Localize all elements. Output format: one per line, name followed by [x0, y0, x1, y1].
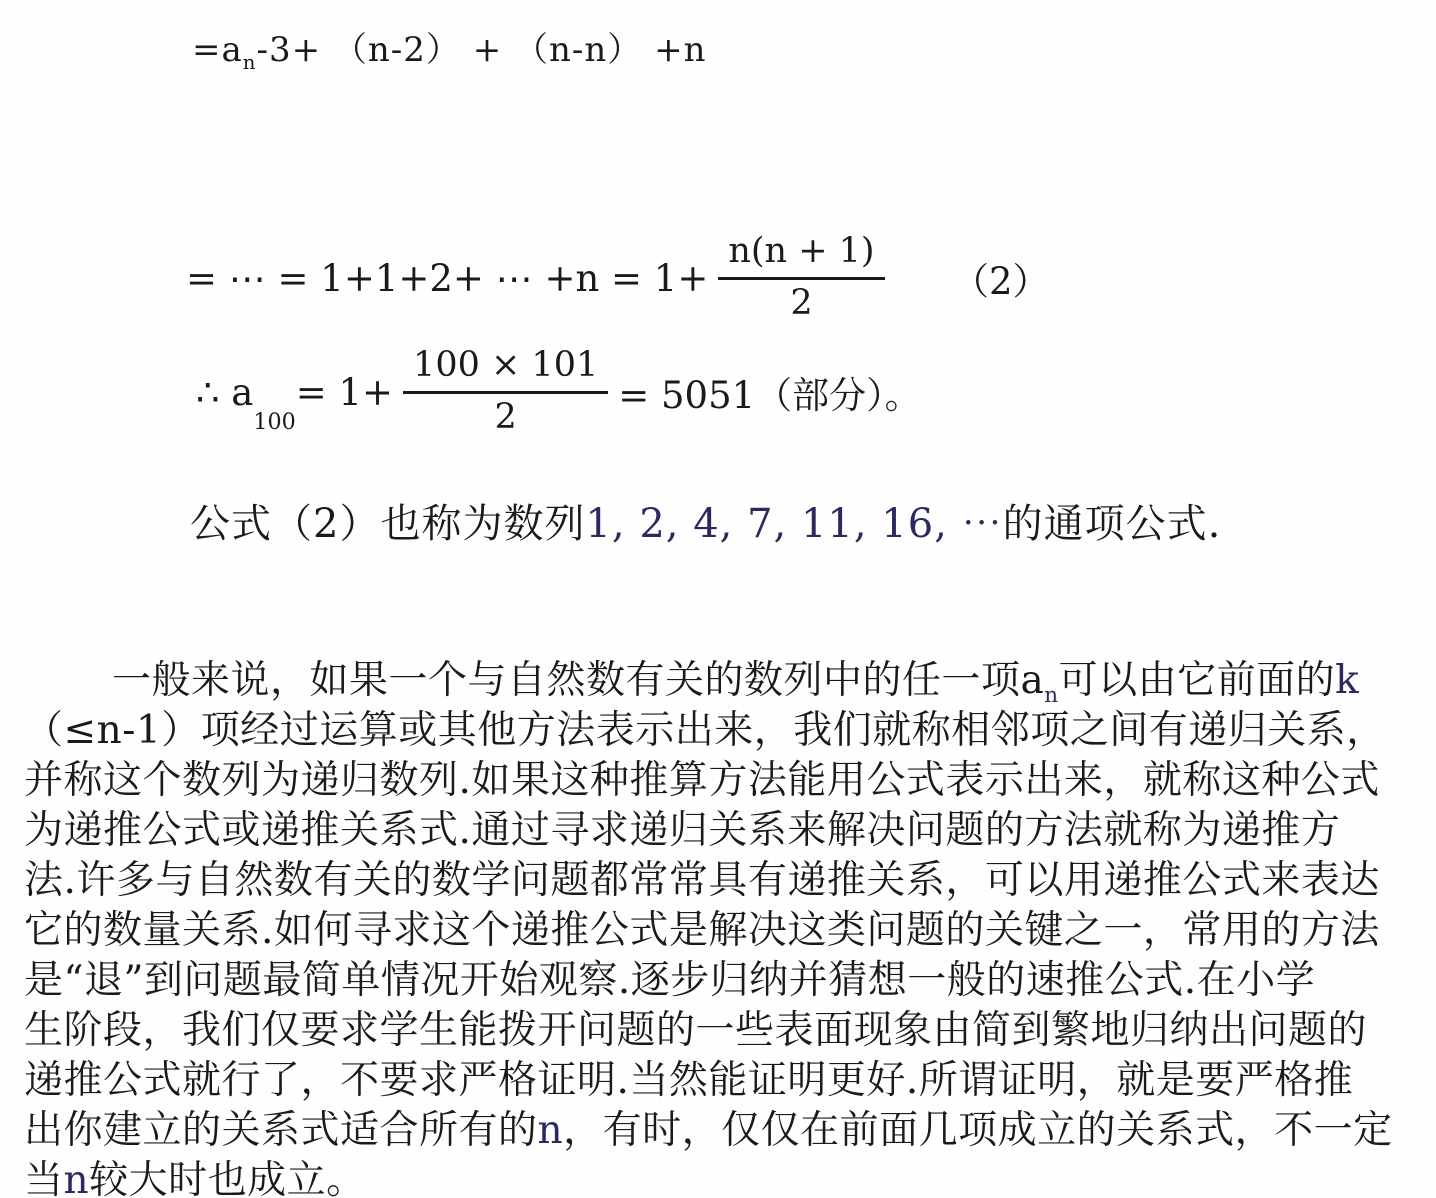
fraction-numerator: 100 × 101	[403, 344, 608, 394]
paragraph-line: 为递推公式或递推关系式.通过寻求递归关系来解决问题的方法就称为递推方	[24, 806, 1424, 856]
note-suffix: 的通项公式.	[1003, 501, 1222, 547]
paragraph-line1-latin: k	[1335, 658, 1359, 703]
paragraph-line: （≤n-1）项经过运算或其他方法表示出来，我们就称相邻项之间有递归关系，	[24, 706, 1424, 756]
formula-1-body: -3+ （n-2） + （n-n） +n	[256, 30, 706, 70]
paragraph-line1-subscript: n	[1044, 683, 1058, 708]
fraction-denominator: 2	[495, 394, 517, 440]
paragraph-line10-post: ，有时，仅仅在前面几项成立的关系式，不一定	[563, 1108, 1393, 1153]
paragraph-line10-pre: 出你建立的关系式适合所有的	[24, 1108, 538, 1153]
document-page: =an-3+ （n-2） + （n-n） +n = ⋯ = 1+1+2+ ⋯ +…	[0, 0, 1436, 1198]
formula-line-2: = ⋯ = 1+1+2+ ⋯ +n = 1+ n(n + 1) 2 （2）	[186, 226, 895, 330]
fraction-denominator: 2	[790, 280, 812, 326]
paragraph-line: 并称这个数列为递归数列.如果这种推算方法能用公式表示出来，就称这种公式	[24, 756, 1424, 806]
paragraph-line: 它的数量关系.如何寻求这个递推公式是解决这类问题的关键之一，常用的方法	[24, 906, 1424, 956]
paragraph-line10-latin: n	[538, 1108, 564, 1153]
formula-3-prefix: ∴ a	[196, 371, 253, 414]
formula-1-subscript: n	[243, 51, 257, 74]
formula-3-result: = 5051（部分）。	[618, 365, 921, 419]
formula-line-1: =an-3+ （n-2） + （n-n） +n	[192, 22, 706, 71]
paragraph-line11-post: 较大时也成立。	[89, 1158, 366, 1198]
note-prefix: 公式（2）也称为数列	[190, 501, 585, 547]
fraction-numerator: n(n + 1)	[718, 230, 884, 280]
paragraph-line: 是“退”到问题最简单情况开始观察.逐步归纳并猜想一般的速推公式.在小学	[24, 956, 1424, 1006]
paragraph-line: 一般来说，如果一个与自然数有关的数列中的任一项an可以由它前面的k	[24, 656, 1424, 706]
formula-line-3: ∴ a100 = 1+ 100 × 101 2 = 5051（部分）。	[196, 336, 922, 448]
paragraph-line: 生阶段，我们仅要求学生能拨开问题的一些表面现象由简到繁地归纳出问题的	[24, 1006, 1424, 1056]
fraction-100x101-over-2: 100 × 101 2	[403, 344, 608, 440]
equation-number: （2）	[952, 251, 1050, 305]
formula-3-mid: = 1+	[296, 371, 393, 414]
fraction-n-n-plus-1-over-2: n(n + 1) 2	[718, 230, 884, 326]
formula-1-prefix: =a	[192, 30, 243, 70]
paragraph-line11-latin: n	[64, 1158, 90, 1198]
formula-2-lhs: = ⋯ = 1+1+2+ ⋯ +n = 1+	[186, 257, 708, 300]
paragraph-line1-mid: 可以由它前面的	[1059, 658, 1336, 703]
paragraph-line: 递推公式就行了，不要求严格证明.当然能证明更好.所谓证明，就是要严格推	[24, 1056, 1424, 1106]
paragraph-line: 当n较大时也成立。	[24, 1156, 1424, 1198]
body-paragraph: 一般来说，如果一个与自然数有关的数列中的任一项an可以由它前面的k （≤n-1）…	[24, 656, 1424, 1198]
paragraph-line: 出你建立的关系式适合所有的n，有时，仅仅在前面几项成立的关系式，不一定	[24, 1106, 1424, 1156]
sequence-numbers: 1, 2, 4, 7, 11, 16, ⋯	[585, 501, 1002, 547]
paragraph-line11-pre: 当	[24, 1158, 64, 1198]
paragraph-line1-pre: 一般来说，如果一个与自然数有关的数列中的任一项a	[112, 658, 1044, 703]
formula-2-note: 公式（2）也称为数列1, 2, 4, 7, 11, 16, ⋯的通项公式.	[190, 492, 1221, 549]
paragraph-line: 法.许多与自然数有关的数学问题都常常具有递推关系，可以用递推公式来表达	[24, 856, 1424, 906]
